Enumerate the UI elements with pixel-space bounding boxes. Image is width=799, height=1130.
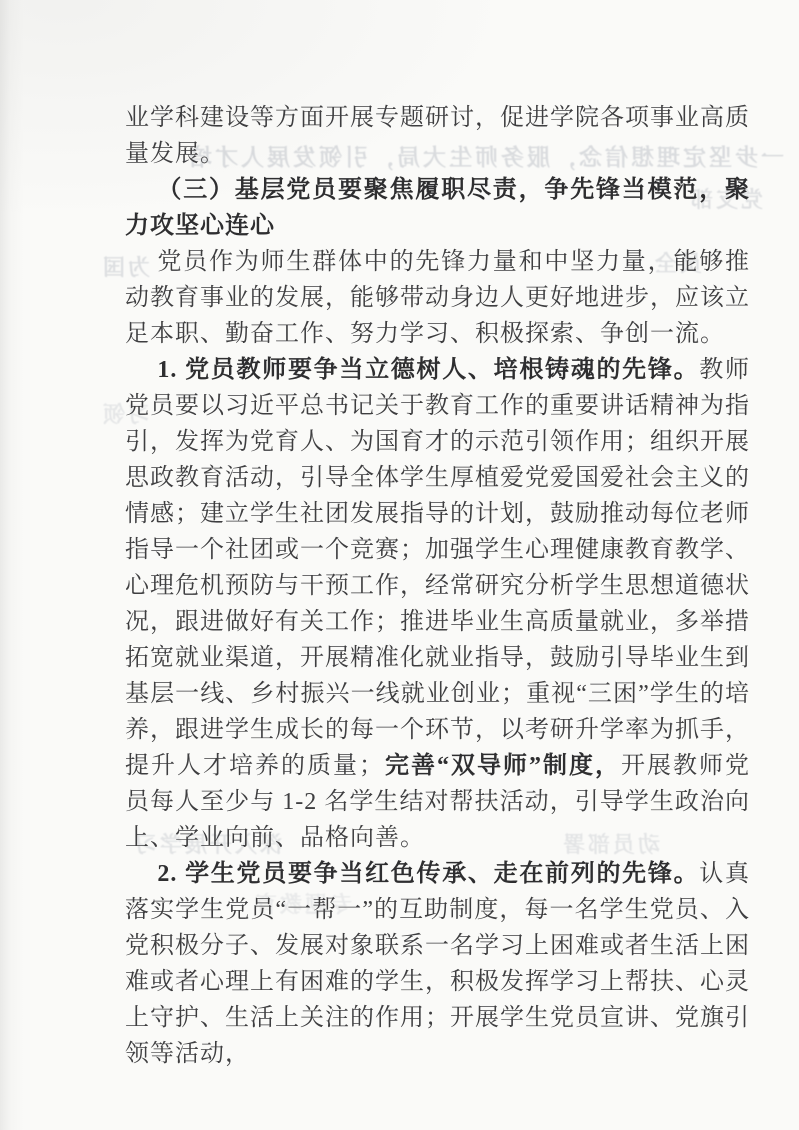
text-run: 认真落实学生党员“一帮一”的互助制度，每一名学生党员、入党积极分子、发展对象联系… xyxy=(125,861,750,1067)
document-body: 业学科建设等方面开展专题研讨，促进学院各项事业高质量发展。（三）基层党员要聚焦履… xyxy=(125,100,750,1072)
section-heading: （三）基层党员要聚焦履职尽责，争先锋当模范，聚力攻坚心连心 xyxy=(125,172,750,244)
text-run: 业学科建设等方面开展专题研讨，促进学院各项事业高质量发展。 xyxy=(125,105,750,167)
document-page: 一步坚定理想信念，服务师生大局，引领发展人才培党支部为国员全习领深入开展学习动员… xyxy=(0,0,799,1130)
emphasis-text-run: 2. 学生党员要争当红色传承、走在前列的先锋。 xyxy=(157,861,699,887)
emphasis-text-run: （三）基层党员要聚焦履职尽责，争先锋当模范，聚力攻坚心连心 xyxy=(125,177,750,239)
paragraph: 1. 党员教师要争当立德树人、培根铸魂的先锋。教师党员要以习近平总书记关于教育工… xyxy=(125,352,750,856)
emphasis-text-run: 完善“双导师”制度， xyxy=(384,753,621,779)
paragraph-continuation: 业学科建设等方面开展专题研讨，促进学院各项事业高质量发展。 xyxy=(125,100,750,172)
paragraph: 2. 学生党员要争当红色传承、走在前列的先锋。认真落实学生党员“一帮一”的互助制… xyxy=(125,856,750,1072)
paragraph: 党员作为师生群体中的先锋力量和中坚力量，能够推动教育事业的发展，能够带动身边人更… xyxy=(125,244,750,352)
text-run: 党员作为师生群体中的先锋力量和中坚力量，能够推动教育事业的发展，能够带动身边人更… xyxy=(125,249,750,347)
text-run: 教师党员要以习近平总书记关于教育工作的重要讲话精神为指引，发挥为党育人、为国育才… xyxy=(125,357,750,779)
emphasis-text-run: 1. 党员教师要争当立德树人、培根铸魂的先锋。 xyxy=(157,357,699,383)
